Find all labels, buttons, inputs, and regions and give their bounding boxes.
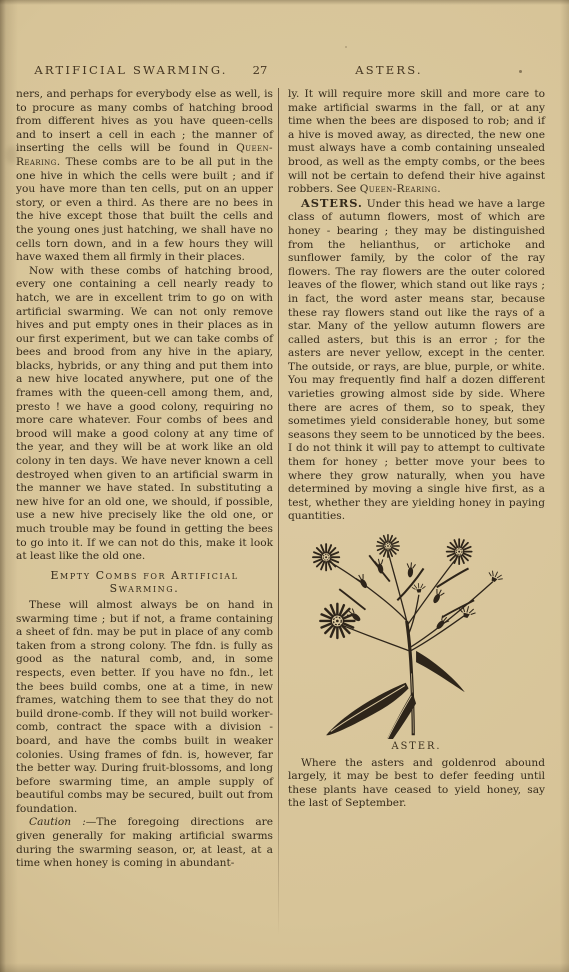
page-number: 27 (240, 63, 280, 77)
running-head-left: ARTIFICIAL SWARMING. (16, 63, 246, 77)
left-column: ners, and perhaps for everybody else as … (16, 88, 273, 871)
section-heading: Empty Combs for Artificial Swarming. (16, 569, 273, 596)
paragraph: Where the asters and goldenrod abound la… (288, 757, 545, 811)
right-column: ly. It will require more skill and more … (288, 88, 545, 811)
paragraph-text: ly. It will require more skill and more … (288, 88, 545, 195)
aster-illustration (293, 531, 541, 739)
figure-caption: ASTER. (288, 740, 545, 754)
column-divider-rule (278, 88, 279, 936)
paragraph: Now with these combs of hatching brood, … (16, 265, 273, 564)
scan-speck (345, 46, 347, 48)
smallcaps-reference: Queen-Rearing. (360, 183, 441, 195)
book-page: ARTIFICIAL SWARMING. 27 ASTERS. ners, an… (0, 0, 569, 972)
paragraph-continuation: ners, and perhaps for everybody else as … (16, 88, 273, 265)
paragraph-text: These combs are to be all put in the one… (16, 156, 273, 263)
aster-figure: ASTER. (288, 531, 545, 754)
running-head-right: ASTERS. (286, 63, 492, 77)
paragraph-caution: Caution :—The foregoing directions are g… (16, 816, 273, 870)
paragraph-asters: ASTERS. Under this head we have a large … (288, 197, 545, 524)
paragraph-text: Under this head we have a large class of… (288, 198, 545, 523)
paragraph-continuation: ly. It will require more skill and more … (288, 88, 545, 197)
paragraph-text: ners, and perhaps for everybody else as … (16, 88, 273, 154)
caution-lead: Caution : (29, 816, 86, 828)
asters-entry-word: ASTERS. (301, 196, 363, 210)
paragraph: These will almost always be on hand in s… (16, 599, 273, 817)
scan-speck (519, 70, 522, 73)
